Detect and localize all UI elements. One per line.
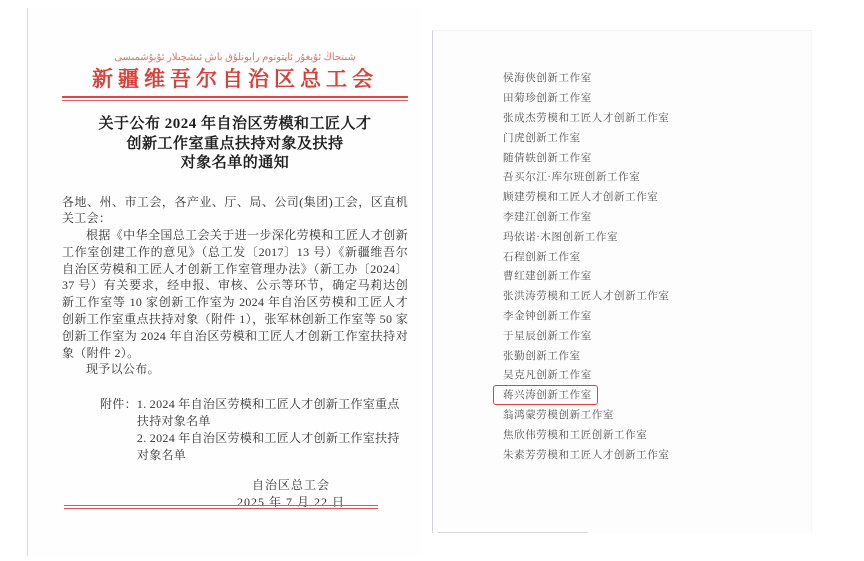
document-title-line: 对象名单的通知 <box>62 154 408 174</box>
workshop-name: 张勤创新工作室 <box>503 348 581 363</box>
workshop-list-item: 随倩轶创新工作室 <box>503 147 670 167</box>
workshop-name: 玛依诺·木图创新工作室 <box>503 229 618 244</box>
body-paragraph: 根据《中华全国总工会关于进一步深化劳模和工匠人才创新工作室创建工作的意见》（总工… <box>62 227 408 361</box>
workshop-name: 吾买尔江·库尔班创新工作室 <box>503 169 640 184</box>
workshop-name: 门虎创新工作室 <box>503 130 581 145</box>
publish-line: 现予以公布。 <box>62 361 408 378</box>
salutation: 各地、州、市工会，各产业、厅、局、公司(集团)工会，区直机关工会： <box>62 194 408 228</box>
workshop-list-item: 侯海侠创新工作室 <box>503 68 670 88</box>
workshop-list-item: 于星辰创新工作室 <box>503 325 670 345</box>
list-page: 侯海侠创新工作室 田菊珍创新工作室 张成杰劳模和工匠人才创新工作室 门虎创新工作… <box>432 30 812 533</box>
workshop-list-item: 李金钟创新工作室 <box>503 306 670 326</box>
workshop-list-item: 玛依诺·木图创新工作室 <box>503 226 670 246</box>
workshop-list-item: 曹红建创新工作室 <box>503 266 670 286</box>
attachment-item: 2. 2024 年自治区劳模和工匠人才创新工作室扶持对象名单 <box>137 430 408 464</box>
workshop-list-item: 吴克凡创新工作室 <box>503 365 670 385</box>
workshop-list-item: 张洪涛劳模和工匠人才创新工作室 <box>503 286 670 306</box>
workshop-name: 田菊珍创新工作室 <box>503 90 592 105</box>
signer-name: 自治区总工会 <box>226 477 356 494</box>
uyghur-org-name: شىنجاڭ ئۇيغۇر ئاپتونوم رايونلۇق باش ئىشچ… <box>62 52 408 64</box>
workshop-list-item: 焦欣伟劳模和工匠创新工作室 <box>503 424 670 444</box>
workshop-name: 随倩轶创新工作室 <box>503 150 592 165</box>
footer-double-rule <box>64 505 378 509</box>
workshop-name: 于星辰创新工作室 <box>503 328 592 343</box>
workshop-list: 侯海侠创新工作室 田菊珍创新工作室 张成杰劳模和工匠人才创新工作室 门虎创新工作… <box>503 68 670 464</box>
workshop-list-item: 门虎创新工作室 <box>503 127 670 147</box>
page-bottom-edge <box>438 532 588 533</box>
workshop-name: 朱素芳劳模和工匠人才创新工作室 <box>503 447 670 462</box>
attachment-item: 1. 2024 年自治区劳模和工匠人才创新工作室重点扶持对象名单 <box>137 396 408 430</box>
workshop-list-item: 朱素芳劳模和工匠人才创新工作室 <box>503 444 670 464</box>
workshop-name: 翁鸿蒙劳模创新工作室 <box>503 407 614 422</box>
notice-body: 各地、州、市工会，各产业、厅、局、公司(集团)工会，区直机关工会： 根据《中华全… <box>62 194 408 379</box>
workshop-list-item: 顾建劳模和工匠人才创新工作室 <box>503 187 670 207</box>
attachments-section: 附件： 1. 2024 年自治区劳模和工匠人才创新工作室重点扶持对象名单 2. … <box>62 396 408 463</box>
document-title-line: 关于公布 2024 年自治区劳模和工匠人才 <box>62 115 408 135</box>
workshop-list-item: 李建江创新工作室 <box>503 207 670 227</box>
workshop-list-item: 吾买尔江·库尔班创新工作室 <box>503 167 670 187</box>
attachments-label: 附件： <box>100 396 137 463</box>
notice-page: شىنجاڭ ئۇيغۇر ئاپتونوم رايونلۇق باش ئىشچ… <box>27 8 421 556</box>
workshop-name: 石程创新工作室 <box>503 249 581 264</box>
workshop-name: 李建江创新工作室 <box>503 209 592 224</box>
header-double-rule <box>62 96 408 101</box>
highlight-box: 蒋兴涛创新工作室 <box>493 385 598 405</box>
workshop-name: 吴克凡创新工作室 <box>503 367 592 382</box>
workshop-name: 曹红建创新工作室 <box>503 268 592 283</box>
org-name: 新疆维吾尔自治区总工会 <box>62 67 408 92</box>
workshop-list-item: 张成杰劳模和工匠人才创新工作室 <box>503 108 670 128</box>
workshop-list-item: 翁鸿蒙劳模创新工作室 <box>503 405 670 425</box>
workshop-name: 张成杰劳模和工匠人才创新工作室 <box>503 110 670 125</box>
workshop-name: 李金钟创新工作室 <box>503 308 592 323</box>
workshop-list-item: 石程创新工作室 <box>503 246 670 266</box>
document-title: 关于公布 2024 年自治区劳模和工匠人才 创新工作室重点扶持对象及扶持 对象名… <box>62 115 408 174</box>
document-title-line: 创新工作室重点扶持对象及扶持 <box>62 135 408 155</box>
workshop-list-item: 田菊珍创新工作室 <box>503 88 670 108</box>
workshop-name: 顾建劳模和工匠人才创新工作室 <box>503 189 658 204</box>
workshop-list-item: 张勤创新工作室 <box>503 345 670 365</box>
workshop-list-item-highlighted: 蒋兴涛创新工作室 <box>503 385 670 405</box>
attachments-list: 1. 2024 年自治区劳模和工匠人才创新工作室重点扶持对象名单 2. 2024… <box>137 396 408 463</box>
workshop-name: 侯海侠创新工作室 <box>503 70 592 85</box>
workshop-name: 焦欣伟劳模和工匠创新工作室 <box>503 427 647 442</box>
workshop-name: 张洪涛劳模和工匠人才创新工作室 <box>503 288 670 303</box>
